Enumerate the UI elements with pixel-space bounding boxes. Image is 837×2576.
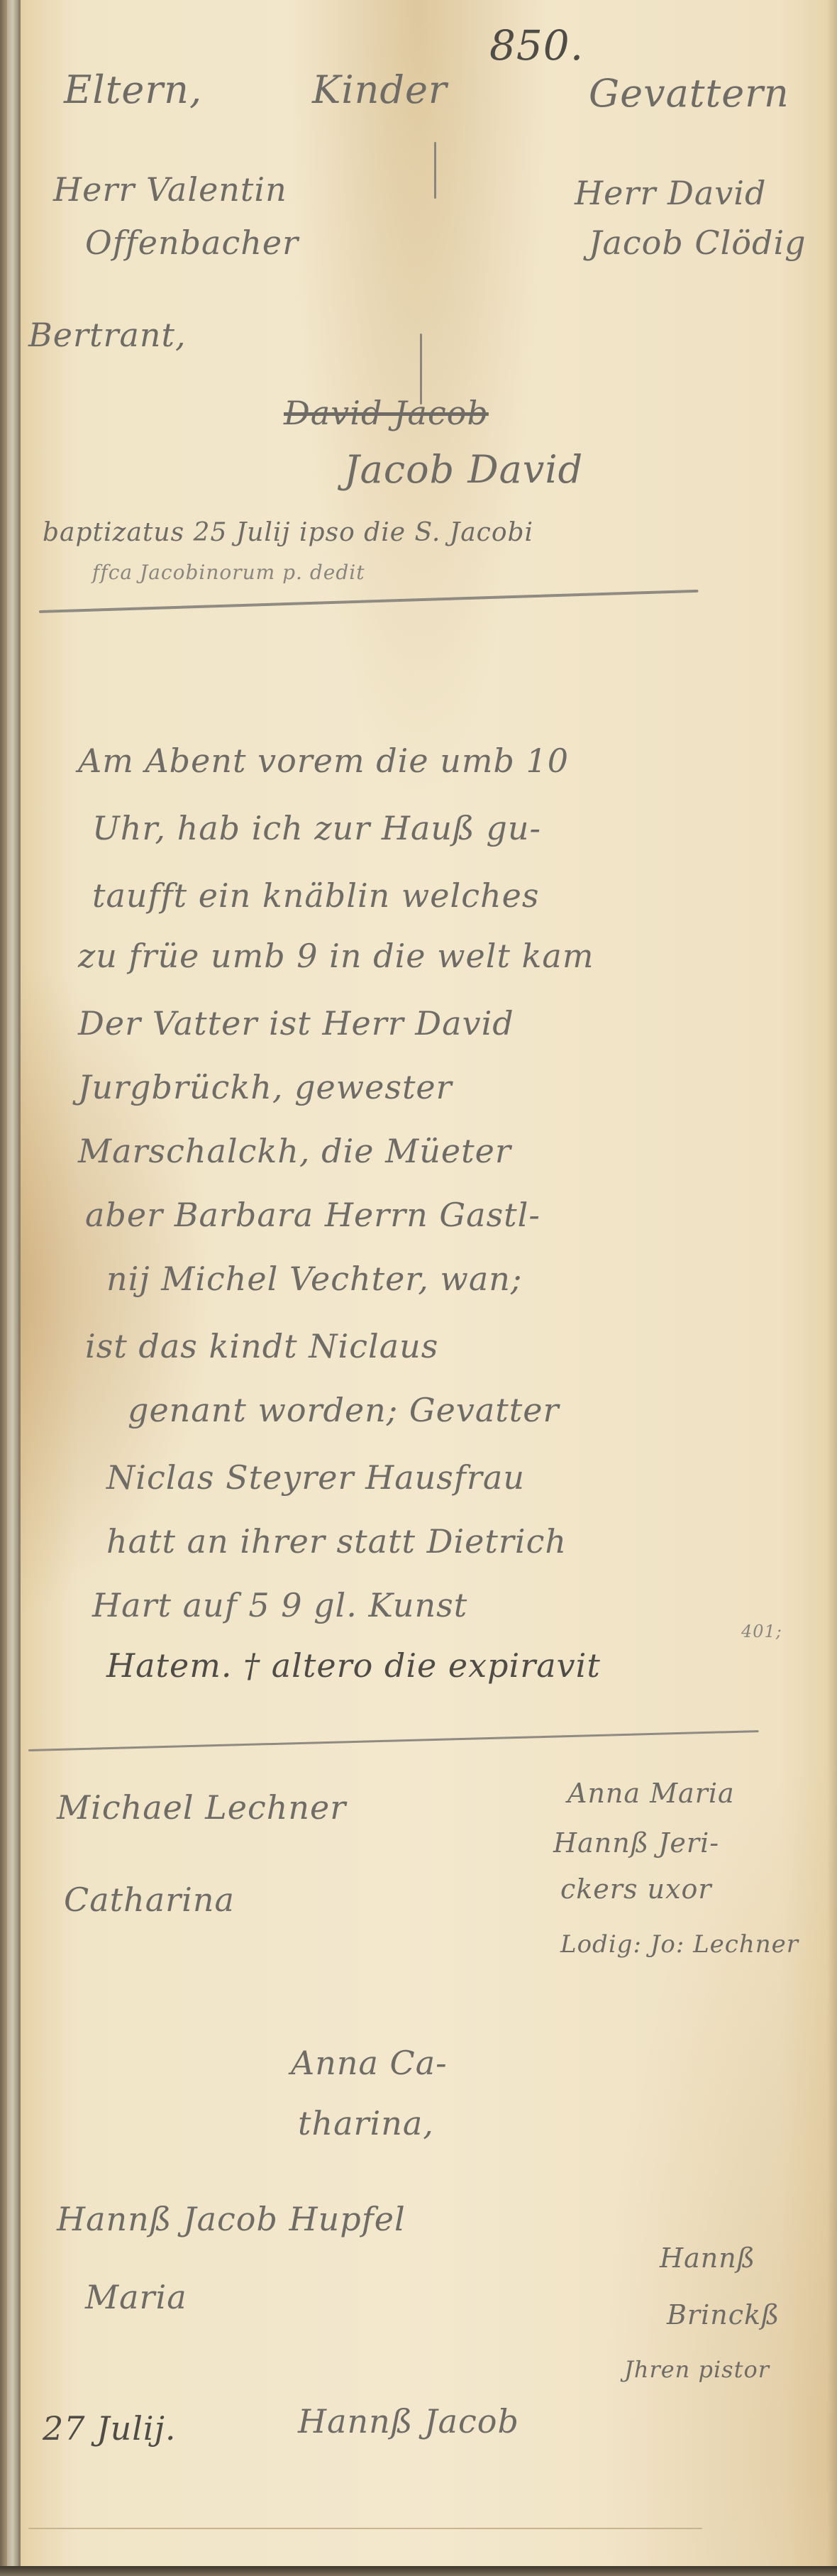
entry1-separator-bottom [28,1730,759,1751]
bottom-edge [0,2566,837,2576]
entry3-date: 27 Julij. [43,2409,177,2448]
narrative-line: Jurgbrückh, gewester [78,1068,453,1106]
entry2-parent-2: Catharina [64,1881,235,1919]
entry3-child-name: Hannß Jacob [298,2402,519,2440]
entry3-godparent-1: Hannß [660,2242,755,2274]
narrative-line: genant worden; Gevatter [128,1391,560,1429]
narrative-line: hatt an ihrer statt Dietrich [106,1522,567,1561]
entry2-child-1: Anna Ca- [291,2044,448,2082]
narrative-line: Marschalckh, die Müeter [78,1132,511,1170]
narrative-line: Uhr, hab ich zur Hauß gu- [92,809,541,847]
entry3-godparent-2: Brinckß [667,2299,780,2330]
margin-note: 401; [741,1622,782,1641]
narrative-line: nij Michel Vechter, wan; [106,1260,522,1298]
column-divider [434,142,436,199]
entry1-separator-top [39,590,699,613]
page-number: 850. [489,21,584,70]
entry3-parent-2: Maria [85,2278,187,2316]
header-children: Kinder [312,67,448,112]
narrative-line: Am Abent vorem die umb 10 [78,742,569,780]
entry3-parent-1: Hannß Jacob Hupfel [57,2200,406,2238]
narrative-line: ist das kindt Niclaus [85,1327,438,1365]
narrative-line: Hatem. † altero die expiravit [106,1646,601,1685]
entry1-child-name: Jacob David [344,447,583,492]
narrative-line: Niclas Steyrer Hausfrau [106,1458,525,1497]
entry1-child-struck: David Jacob [284,394,489,432]
header-parents: Eltern, [64,67,202,112]
entry2-godparent-4: Lodig: Jo: Lechner [560,1930,799,1959]
entry3-godparent-3: Jhren pistor [624,2356,770,2383]
narrative-line: Hart auf 5 9 gl. Kunst [92,1586,467,1624]
entry2-godparent-2: Hannß Jeri- [553,1827,719,1859]
entry2-child-2: tharina, [298,2104,434,2142]
entry1-father: Herr Valentin [53,170,287,209]
binding-strip [7,0,18,2576]
narrative-line: taufft ein knäblin welches [92,876,539,915]
entry1-baptism-note: baptizatus 25 Julij ipso die S. Jacobi [43,518,533,547]
entry2-godparent-1: Anna Maria [567,1778,735,1809]
entry1-godparent-1: Herr David [575,174,766,212]
entry1-father-note: Bertrant, [28,316,187,354]
binding-line [18,0,21,2576]
narrative-line: zu früe umb 9 in die welt kam [78,937,594,975]
narrative-line: Der Vatter ist Herr David [78,1004,514,1042]
page-edge-shadow [827,0,837,2576]
binding-edge [0,0,7,2576]
narrative-line: aber Barbara Herrn Gastl- [85,1196,541,1234]
header-godparents: Gevattern [589,71,789,116]
entry1-baptism-note-2: ffca Jacobinorum p. dedit [92,561,365,584]
entry2-godparent-3: ckers uxor [560,1873,712,1905]
entry1-godparent-2: Jacob Clödig [589,224,806,262]
bottom-rule [28,2528,702,2529]
manuscript-page: 850. Eltern, Kinder Gevattern Herr Valen… [0,0,837,2576]
entry2-parent-1: Michael Lechner [57,1788,346,1827]
entry1-father-surname: Offenbacher [85,224,299,262]
